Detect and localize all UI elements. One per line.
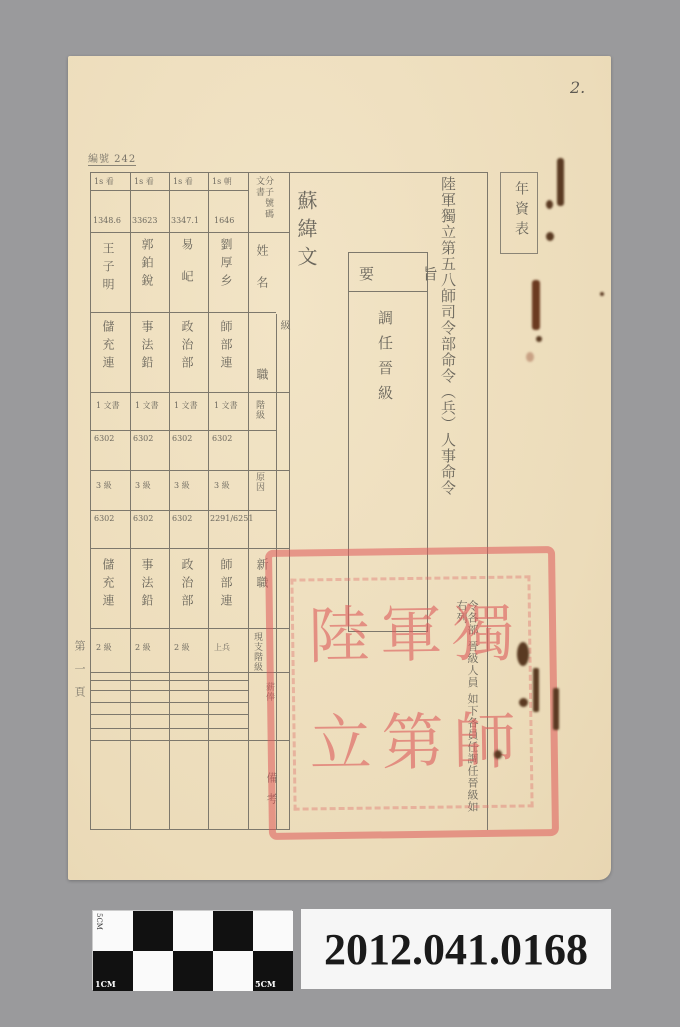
rust-stain [546,232,554,241]
new-position-cell: 事法鉛 [141,558,153,612]
rank-date: 6302 [212,434,232,443]
rust-stain [546,200,553,209]
rust-stain [519,698,528,707]
rust-stain [526,352,534,362]
header-row-label: 分子號碼 文書 [254,176,272,232]
seal-char: 軍 [374,585,448,694]
new-position-cell: 政治部 [181,558,193,612]
rank-value: 1 文書 [96,400,120,411]
reason-label: 原因 [254,472,263,492]
position-label: 職 [256,368,268,386]
grade-value: 2 級 [135,642,151,653]
level-date: 6302 [172,514,192,523]
header-unit: 1s 看 [94,176,114,187]
rust-stain [553,688,559,730]
rank-date: 6302 [172,434,192,443]
main-order-text: 陸軍獨立第五八師司令部命令（兵）人事命令 [440,176,455,576]
rust-stain [536,336,542,342]
new-position-cell: 儲充連 [102,558,114,612]
rank-date: 6302 [94,434,114,443]
summary-body: 調任晉級 [375,310,396,410]
personnel-table: 1s 看 1s 看 1s 看 1s 朝 1348.6 33623 3347.1 … [90,172,290,830]
level-label: 階級 [254,400,263,420]
header-serial: 33623 [132,216,157,225]
color-scale-bar: 5CM 1CM 5CM [92,910,292,990]
name-cell: 郭鉑銳 [141,238,153,292]
seal-char: 第 [376,692,450,801]
level-value: 3 級 [214,480,230,491]
seal-char: 立 [304,694,378,803]
name-cell: 易屺 [181,238,193,302]
header-unit: 1s 朝 [212,176,232,187]
left-margin-note: 第一頁 [74,640,85,709]
level-value: 3 級 [135,480,151,491]
seal-char: 師 [448,691,522,800]
rust-stain [494,750,502,759]
rust-stain [557,158,564,206]
level-date: 2291/6251 [210,514,253,523]
top-right-label-box: 年資表 [500,172,538,254]
level-value: 3 級 [96,480,112,491]
grade-value: 2 級 [174,642,190,653]
seal-char: 陸 [303,586,377,695]
position-cell: 政治部 [181,320,193,374]
header-serial: 3347.1 [171,216,199,225]
name-cell: 劉厚乡 [220,238,232,292]
level-date: 6302 [133,514,153,523]
header-unit: 1s 看 [134,176,154,187]
header-serial: 1348.6 [93,216,121,225]
seal-char: 獨 [446,584,520,693]
grade-value: 2 級 [96,642,112,653]
approver-name: 蘇緯文 [292,190,321,274]
level-date: 6302 [94,514,114,523]
rust-stain [533,668,539,712]
scale-corner-mark: 5CM [95,913,103,930]
grade-value: 上兵 [214,642,230,653]
position-cell: 儲充連 [102,320,114,374]
side-label: 現支階級 [252,632,261,672]
page-number: 2. [570,78,585,97]
summary-header-box: 要 旨 [348,252,428,292]
top-right-label: 年資表 [511,181,531,241]
scale-label-right: 5CM [255,979,276,989]
header-serial: 1646 [214,216,234,225]
rank-value: 1 文書 [214,400,238,411]
position-cell: 師部連 [220,320,232,374]
rust-stain [517,642,529,666]
rank-value: 1 文書 [174,400,198,411]
header-unit: 1s 看 [173,176,193,187]
level-value: 3 級 [174,480,190,491]
official-seal: 陸 軍 獨 立 第 師 [265,546,559,840]
accession-number-label: 2012.041.0168 [301,909,611,989]
position-cell: 事法鉛 [141,320,153,374]
rust-stain [600,292,604,296]
rank-date: 6302 [133,434,153,443]
new-position-cell: 師部連 [220,558,232,612]
rust-stain [532,280,540,330]
scale-label-left: 1CM [95,979,116,989]
rank-label: 級 [278,320,288,336]
rank-value: 1 文書 [135,400,159,411]
serial-note: 編號 242 [88,150,136,166]
name-label: 姓名 [256,244,268,308]
name-cell: 王子明 [102,242,114,296]
